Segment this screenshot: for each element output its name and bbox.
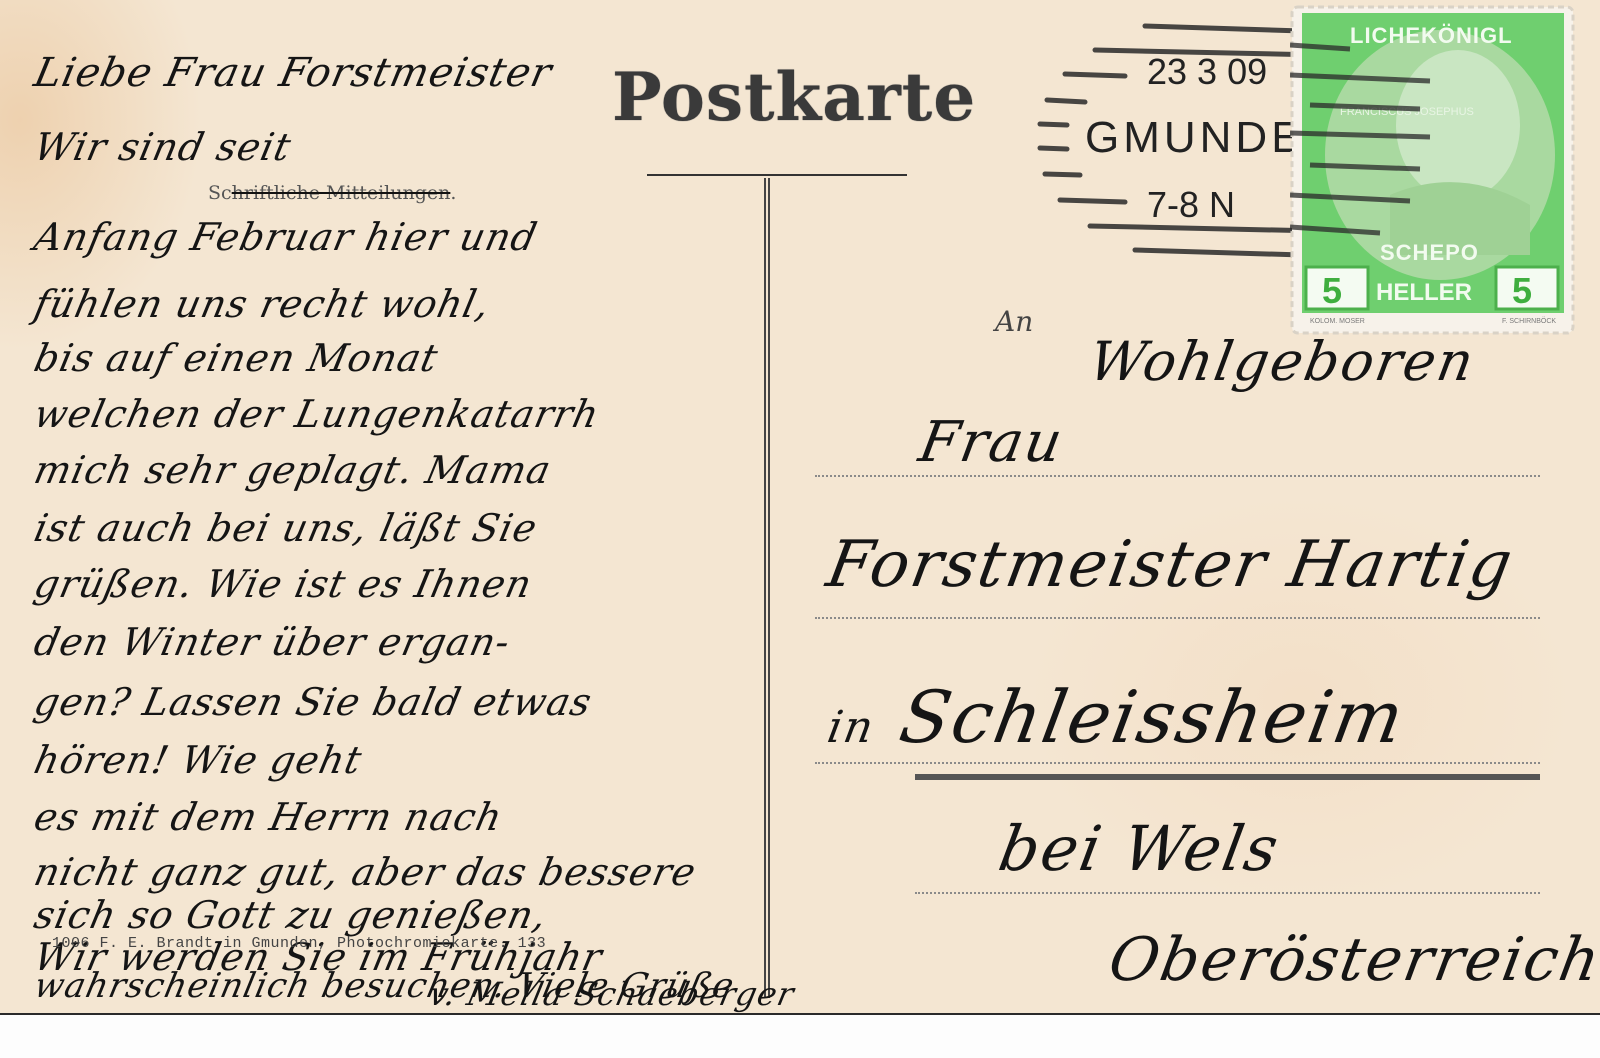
stamp-denomination: HELLER <box>1376 279 1472 306</box>
address-line-3 <box>815 762 1540 764</box>
label-struck-text: hriftliche Mitteilungen <box>232 182 451 204</box>
address-salutation: Wohlgeboren <box>1084 330 1480 393</box>
message-line: Anfang Februar hier und <box>30 215 541 259</box>
address-town: Schleissheim <box>894 675 1412 759</box>
stamp-engraver: F. SCHIRNBÖCK <box>1502 317 1556 325</box>
message-line: sich so Gott zu genießen, <box>30 893 551 937</box>
message-line: mich sehr geplagt. Mama <box>30 448 555 492</box>
message-line: nicht ganz gut, aber das bessere <box>30 850 700 894</box>
message-line: grüßen. Wie ist es Ihnen <box>30 562 536 606</box>
message-line: ist auch bei uns, läßt Sie <box>30 506 541 550</box>
message-line: es mit dem Herrn nach <box>30 795 506 839</box>
publisher-imprint: 1006 F. E. Brandt in Gmunden, Photochrom… <box>52 935 546 952</box>
message-line: bis auf einen Monat <box>30 336 442 380</box>
address-line-4 <box>915 892 1540 894</box>
postcard-title: Postkarte <box>612 58 976 136</box>
message-line: den Winter über ergan- <box>30 620 514 664</box>
postmark-time: 7-8 N <box>1147 184 1235 225</box>
address-emphasis-rule <box>915 774 1540 780</box>
message-section-label: Schriftliche Mitteilungen. <box>208 182 456 204</box>
message-line: gen? Lassen Sie bald etwas <box>30 680 596 724</box>
postmark-date: 23 3 09 <box>1147 51 1267 92</box>
stamp-value-right: 5 <box>1512 270 1532 311</box>
stamp-value-left: 5 <box>1322 270 1342 311</box>
message-line: Wir sind seit <box>30 125 295 169</box>
label-prefix: Sc <box>208 182 232 204</box>
stamp-designer: KOLOM. MOSER <box>1310 318 1365 325</box>
address-line-2 <box>815 617 1540 619</box>
message-line: welchen der Lungenkatarrh <box>30 392 603 436</box>
address-country: Oberösterreich <box>1104 925 1600 995</box>
message-line: fühlen uns recht wohl, <box>30 282 494 326</box>
title-underline <box>647 174 907 176</box>
address-region: bei Wels <box>994 812 1286 885</box>
vertical-divider <box>764 178 770 998</box>
address-title: Frau <box>914 410 1069 475</box>
postcard: Postkarte Schriftliche Mitteilungen. 23 … <box>0 0 1600 1015</box>
svg-text:SCHEPO: SCHEPO <box>1380 240 1479 265</box>
message-salutation: Liebe Frau Forstmeister <box>30 50 556 96</box>
address-recipient: Forstmeister Hartig <box>821 528 1519 602</box>
label-suffix: . <box>450 182 456 204</box>
address-label: An <box>995 305 1033 338</box>
address-town-line: in Schleissheim <box>823 675 1412 759</box>
address-line-1 <box>815 475 1540 477</box>
svg-text:LICHEKÖNIGL: LICHEKÖNIGL <box>1350 23 1513 48</box>
address-town-prefix: in <box>824 702 879 753</box>
postage-stamp: LICHEKÖNIGL SCHEPO FRANCISCUS JOSEPHUS 5… <box>1290 5 1575 335</box>
message-signature: v. Mella Schaeberger <box>426 975 798 1013</box>
message-line: hören! Wie geht <box>30 738 366 782</box>
